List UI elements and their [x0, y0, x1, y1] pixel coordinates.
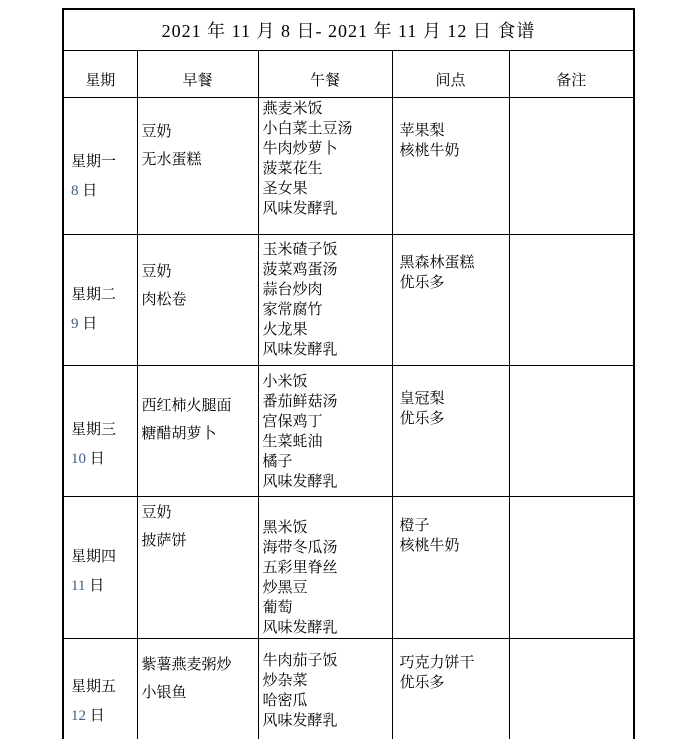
day-name: 星期五: [71, 673, 137, 702]
notes-cell: [509, 497, 634, 639]
notes-cell: [509, 366, 634, 497]
column-header-day: 星期: [63, 51, 137, 98]
day-name: 星期二: [71, 281, 137, 310]
breakfast-cell: 豆奶 肉松卷: [137, 235, 258, 366]
snack-cell: 苹果梨 核桃牛奶: [392, 98, 509, 235]
day-cell: 星期四 11 日: [63, 497, 137, 639]
breakfast-cell: 豆奶 无水蛋糕: [137, 98, 258, 235]
lunch-cell: 燕麦米饭 小白菜土豆汤 牛肉炒萝卜 菠菜花生 圣女果 风味发酵乳: [258, 98, 392, 235]
snack-cell: 黑森林蛋糕 优乐多: [392, 235, 509, 366]
snack-cell: 橙子 核桃牛奶: [392, 497, 509, 639]
breakfast-cell: 西红柿火腿面 糖醋胡萝卜: [137, 366, 258, 497]
menu-document-page: 2021 年 11 月 8 日- 2021 年 11 月 12 日 食谱 星期 …: [0, 0, 692, 739]
notes-cell: [509, 98, 634, 235]
day-name: 星期一: [71, 148, 137, 177]
table-row-wednesday: 星期三 10 日 西红柿火腿面 糖醋胡萝卜 小米饭 番茄鲜菇汤 宫保鸡丁 生菜蚝…: [63, 366, 634, 497]
day-cell: 星期五 12 日: [63, 639, 137, 739]
notes-cell: [509, 639, 634, 739]
column-header-notes: 备注: [509, 51, 634, 98]
column-header-snack: 间点: [392, 51, 509, 98]
lunch-cell: 小米饭 番茄鲜菇汤 宫保鸡丁 生菜蚝油 橘子 风味发酵乳: [258, 366, 392, 497]
menu-title: 2021 年 11 月 8 日- 2021 年 11 月 12 日 食谱: [63, 9, 634, 51]
table-row-tuesday: 星期二 9 日 豆奶 肉松卷 玉米碴子饭 菠菜鸡蛋汤 蒜台炒肉 家常腐竹 火龙果…: [63, 235, 634, 366]
lunch-cell: 牛肉茄子饭 炒杂菜 哈密瓜 风味发酵乳: [258, 639, 392, 739]
breakfast-cell: 紫薯燕麦粥炒 小银鱼: [137, 639, 258, 739]
weekly-menu-table: 2021 年 11 月 8 日- 2021 年 11 月 12 日 食谱 星期 …: [62, 8, 635, 739]
title-row: 2021 年 11 月 8 日- 2021 年 11 月 12 日 食谱: [63, 9, 634, 51]
day-date: 12 日: [71, 702, 137, 731]
day-name: 星期三: [71, 416, 137, 445]
day-cell: 星期三 10 日: [63, 366, 137, 497]
day-date: 8 日: [71, 177, 137, 206]
breakfast-cell: 豆奶 披萨饼: [137, 497, 258, 639]
day-name: 星期四: [71, 543, 137, 572]
day-cell: 星期二 9 日: [63, 235, 137, 366]
header-row: 星期 早餐 午餐 间点 备注: [63, 51, 634, 98]
snack-cell: 巧克力饼干 优乐多: [392, 639, 509, 739]
table-row-thursday: 星期四 11 日 豆奶 披萨饼 黑米饭 海带冬瓜汤 五彩里脊丝 炒黑豆 葡萄 风…: [63, 497, 634, 639]
table-row-monday: 星期一 8 日 豆奶 无水蛋糕 燕麦米饭 小白菜土豆汤 牛肉炒萝卜 菠菜花生 圣…: [63, 98, 634, 235]
notes-cell: [509, 235, 634, 366]
day-date: 9 日: [71, 310, 137, 339]
day-date: 11 日: [71, 572, 137, 601]
lunch-cell: 玉米碴子饭 菠菜鸡蛋汤 蒜台炒肉 家常腐竹 火龙果 风味发酵乳: [258, 235, 392, 366]
day-date: 10 日: [71, 445, 137, 474]
column-header-lunch: 午餐: [258, 51, 392, 98]
table-row-friday: 星期五 12 日 紫薯燕麦粥炒 小银鱼 牛肉茄子饭 炒杂菜 哈密瓜 风味发酵乳 …: [63, 639, 634, 739]
lunch-cell: 黑米饭 海带冬瓜汤 五彩里脊丝 炒黑豆 葡萄 风味发酵乳: [258, 497, 392, 639]
snack-cell: 皇冠梨 优乐多: [392, 366, 509, 497]
column-header-breakfast: 早餐: [137, 51, 258, 98]
day-cell: 星期一 8 日: [63, 98, 137, 235]
